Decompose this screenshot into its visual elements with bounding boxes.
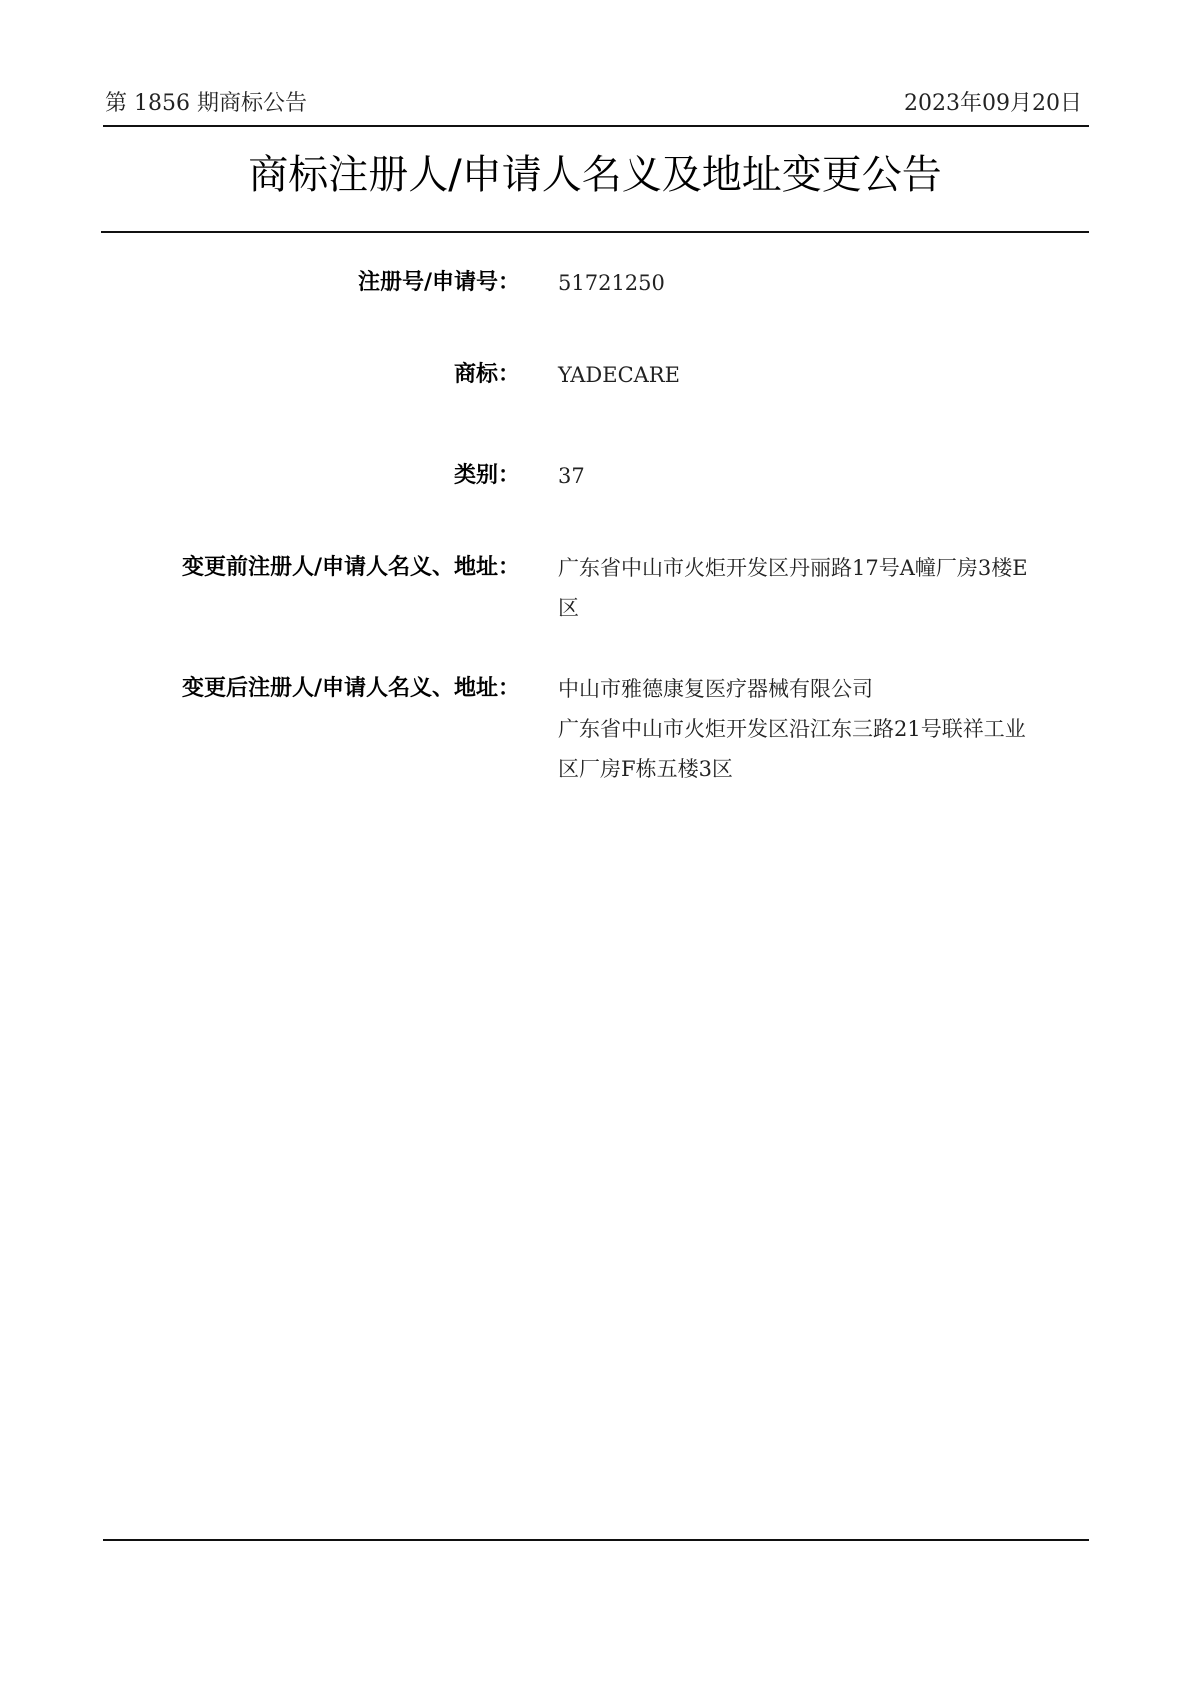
address-line: 区厂房F栋五楼3区 — [558, 749, 1093, 789]
footer-divider — [103, 1539, 1089, 1541]
field-value: 中山市雅德康复医疗器械有限公司 广东省中山市火炬开发区沿江东三路21号联祥工业 … — [558, 669, 1093, 789]
address-line: 区 — [558, 588, 1093, 628]
issue-number: 第 1856 期商标公告 — [105, 90, 307, 118]
field-value: 51721250 — [558, 263, 1093, 303]
field-label: 商标： — [454, 355, 520, 395]
header-divider — [103, 125, 1089, 127]
field-label: 变更前注册人/申请人名义、地址： — [182, 548, 520, 588]
field-value: 广东省中山市火炬开发区丹丽路17号A幢厂房3楼E 区 — [558, 548, 1093, 628]
address-line: 广东省中山市火炬开发区丹丽路17号A幢厂房3楼E — [558, 548, 1093, 588]
page-title: 商标注册人/申请人名义及地址变更公告 — [0, 150, 1190, 200]
field-value: 37 — [558, 456, 1093, 496]
company-name: 中山市雅德康复医疗器械有限公司 — [558, 669, 1093, 709]
field-label: 变更后注册人/申请人名义、地址： — [182, 669, 520, 709]
field-value: YADECARE — [558, 355, 1093, 395]
address-line: 广东省中山市火炬开发区沿江东三路21号联祥工业 — [558, 709, 1093, 749]
publication-date: 2023年09月20日 — [904, 90, 1082, 118]
field-label: 类别： — [454, 456, 520, 496]
field-label: 注册号/申请号： — [358, 263, 520, 303]
title-divider — [101, 231, 1089, 233]
